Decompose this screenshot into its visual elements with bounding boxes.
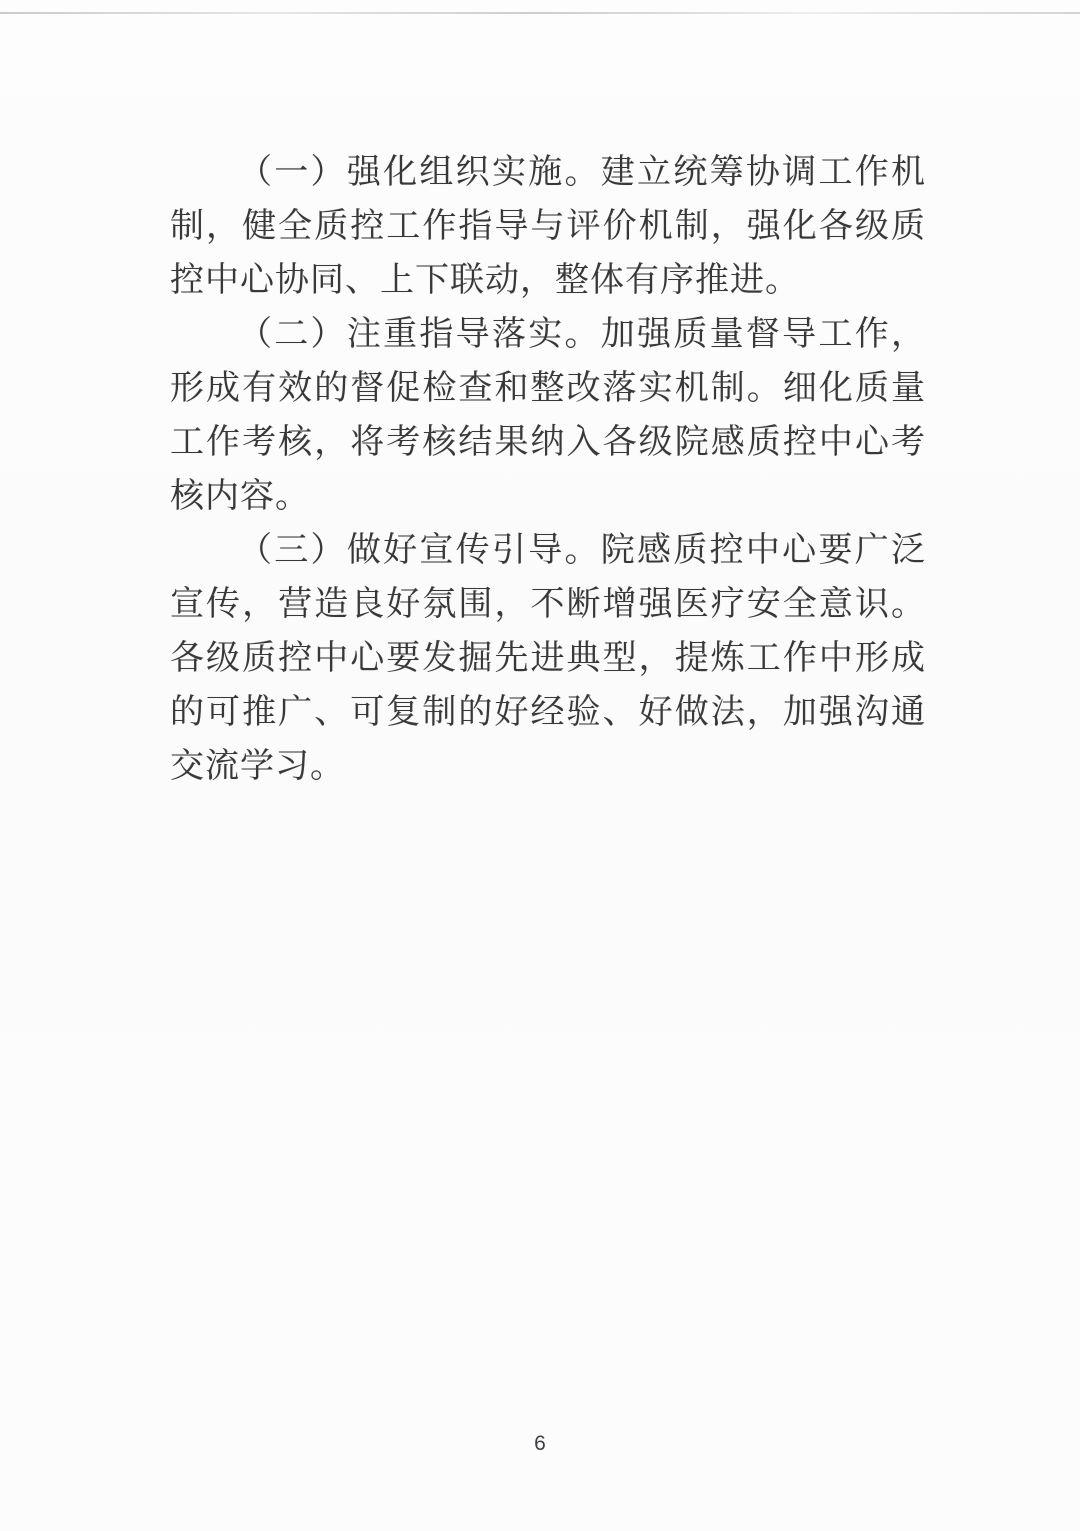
scan-artifact-line — [0, 12, 1080, 14]
paragraph-item-3: （三）做好宣传引导。院感质控中心要广泛宣传，营造良好氛围，不断增强医疗安全意识。… — [170, 524, 926, 794]
paragraph-item-1: （一）强化组织实施。建立统筹协调工作机制，健全质控工作指导与评价机制，强化各级质… — [170, 146, 926, 308]
document-body: （一）强化组织实施。建立统筹协调工作机制，健全质控工作指导与评价机制，强化各级质… — [170, 146, 926, 794]
document-page: （一）强化组织实施。建立统筹协调工作机制，健全质控工作指导与评价机制，强化各级质… — [0, 0, 1080, 1531]
page-number: 6 — [0, 1432, 1080, 1456]
paragraph-item-2: （二）注重指导落实。加强质量督导工作，形成有效的督促检查和整改落实机制。细化质量… — [170, 308, 926, 524]
